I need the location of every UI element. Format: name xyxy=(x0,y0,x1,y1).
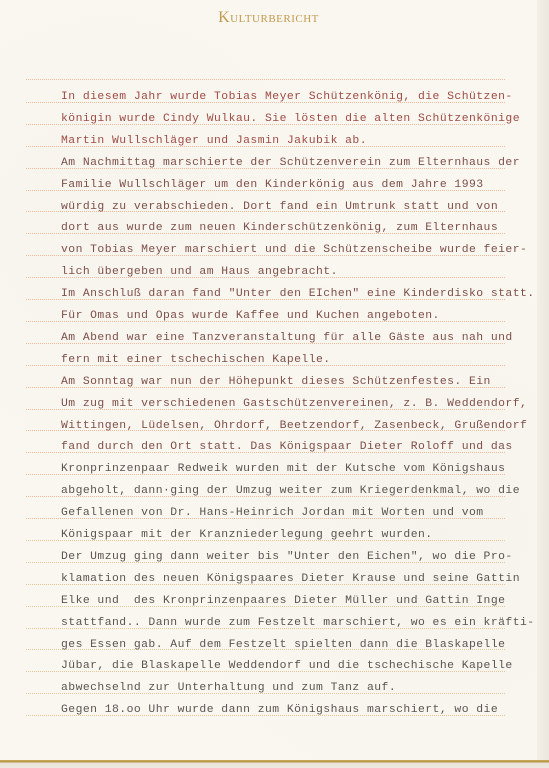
ruled-line xyxy=(26,79,505,80)
text-line: Gefallenen von Dr. Hans-Heinrich Jordan … xyxy=(61,506,484,520)
text-line: Elke und des Kronprinzenpaares Dieter Mü… xyxy=(61,594,505,608)
text-line: abgeholt, dann·ging der Umzug weiter zum… xyxy=(61,484,520,498)
text-line: fern mit einer tschechischen Kapelle. xyxy=(61,353,331,367)
text-line: klamation des neuen Königspaares Dieter … xyxy=(61,572,520,586)
text-line: Martin Wullschläger und Jasmin Jakubik a… xyxy=(61,134,367,148)
text-line: Am Sonntag war nun der Höhepunkt dieses … xyxy=(61,375,491,389)
text-line: Kronprinzenpaar Redweik wurden mit der K… xyxy=(61,462,505,476)
text-line: Im Anschluß daran fand "Unter den EIchen… xyxy=(61,287,535,301)
text-line: Jübar, die Blaskapelle Weddendorf und di… xyxy=(61,659,513,673)
text-line: dort aus wurde zum neuen Kinderschützenk… xyxy=(61,221,498,235)
text-line: ges Essen gab. Auf dem Festzelt spielten… xyxy=(61,638,505,652)
page-edge-shadow xyxy=(537,0,549,768)
text-line: Gegen 18.oo Uhr wurde dann zum Königshau… xyxy=(61,703,498,717)
document-title: Kulturbericht xyxy=(0,9,537,27)
text-line: Für Omas und Opas wurde Kaffee und Kuche… xyxy=(61,309,440,323)
text-line: Familie Wullschläger um den Kinderkönig … xyxy=(61,178,484,192)
text-line: abwechselnd zur Unterhaltung und zum Tan… xyxy=(61,681,396,695)
text-line: stattfand.. Dann wurde zum Festzelt mars… xyxy=(61,616,535,630)
text-line: Königspaar mit der Kranzniederlegung gee… xyxy=(61,528,433,542)
text-line: In diesem Jahr wurde Tobias Meyer Schütz… xyxy=(61,90,513,104)
page-bottom-edge xyxy=(0,760,549,768)
text-line: würdig zu verabschieden. Dort fand ein U… xyxy=(61,200,498,214)
text-line: Am Nachmittag marschierte der Schützenve… xyxy=(61,156,520,170)
text-line: Am Abend war eine Tanzveranstaltung für … xyxy=(61,331,513,345)
document-page: Kulturbericht In diesem Jahr wurde Tobia… xyxy=(0,0,537,760)
text-line: Wittingen, Lüdelsen, Ohrdorf, Beetzendor… xyxy=(61,419,527,433)
text-line: fand durch den Ort statt. Das Königspaar… xyxy=(61,440,513,454)
text-line: Der Umzug ging dann weiter bis "Unter de… xyxy=(61,550,513,564)
text-line: Um zug mit verschiedenen Gastschützenver… xyxy=(61,397,527,411)
text-line: lich übergeben und am Haus angebracht. xyxy=(61,265,338,279)
text-line: königin wurde Cindy Wulkau. Sie lösten d… xyxy=(61,112,520,126)
text-line: von Tobias Meyer marschiert und die Schü… xyxy=(61,243,527,257)
